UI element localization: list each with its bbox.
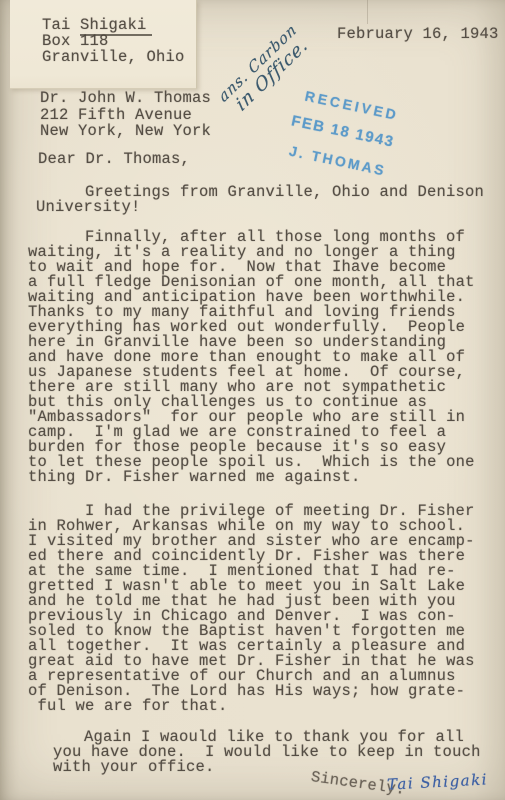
letter-page: Tai ShigakiBox 118Granville, Ohio Februa…	[0, 0, 505, 800]
handwritten-note: ans. Carbon in Office.	[216, 19, 312, 123]
paragraph-dr-fisher: I had the privilege of meeting Dr. Fishe…	[28, 504, 475, 714]
recipient-address-block: Dr. John W. Thomas212 Fifth AvenueNew Yo…	[40, 90, 211, 140]
handwritten-signature: Tai Shigaki	[387, 770, 489, 793]
paragraph-greeting: Greetings from Granville, Ohio and Denis…	[36, 185, 484, 215]
sender-address-block: Tai ShigakiBox 118Granville, Ohio	[42, 17, 185, 65]
sender-name-underline	[80, 34, 152, 36]
date-line: February 16, 1943	[337, 27, 499, 42]
received-stamp: RECEIVED FEB 18 1943 J. THOMAS	[299, 86, 426, 113]
salutation: Dear Dr. Thomas,	[38, 152, 190, 167]
paper-crease	[367, 0, 368, 24]
paragraph-thanks: Again I waould like to thank you for all…	[53, 730, 481, 775]
received-stamp-name: J. THOMAS	[288, 143, 388, 179]
paragraph-denison-life: Finnally, after all those long months of…	[28, 230, 475, 485]
